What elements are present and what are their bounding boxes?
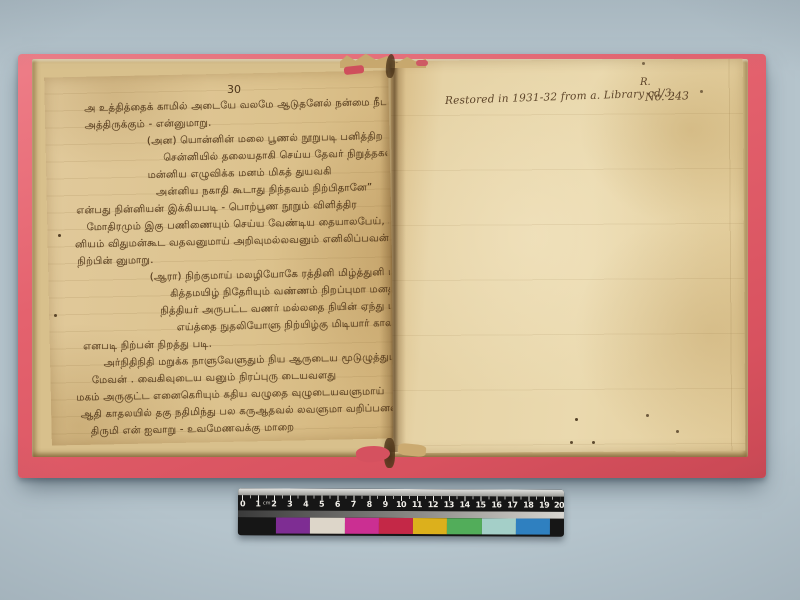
ruler-number: 19 xyxy=(539,501,549,510)
ruler-number: 12 xyxy=(428,500,438,509)
ruler-black-segment-right xyxy=(550,519,564,535)
ruler-scale-row: 0 1 2 3 4 5 6 7 8 9 10 11 12 13 14 15 16… xyxy=(238,495,564,511)
color-patch-magenta xyxy=(344,518,378,534)
ruler-number: 20 xyxy=(554,501,564,510)
spine-cover-fragment-right xyxy=(416,60,428,66)
ruler-number: 2 xyxy=(271,499,276,508)
ruler-number: 0 xyxy=(240,499,245,508)
manuscript-photograph: 30 அ உத்தித்தைக் காமில் அடையே வலமே ஆடுதன… xyxy=(0,0,800,600)
ruler-number: 3 xyxy=(287,500,292,509)
color-patch-purple xyxy=(276,517,310,533)
color-patch-blue xyxy=(516,519,550,535)
open-manuscript-book: 30 அ உத்தித்தைக் காமில் அடையே வலமே ஆடுதன… xyxy=(18,54,766,478)
ruler-number: 4 xyxy=(303,500,308,509)
ruler-number: 15 xyxy=(475,500,485,509)
ruler-number: 14 xyxy=(460,500,470,509)
color-patch-green xyxy=(447,518,481,534)
ruler-number: 1 xyxy=(255,499,260,508)
right-page xyxy=(391,59,746,453)
ruler-black-segment-left xyxy=(238,517,276,533)
color-patch-yellow xyxy=(413,518,447,534)
ruler-number: 17 xyxy=(507,500,517,509)
inscription-mark: R. xyxy=(640,77,651,88)
color-patch-white xyxy=(310,518,344,534)
ruler-number: 6 xyxy=(335,500,340,509)
manuscript-text-block: அ உத்தித்தைக் காமில் அடையே வலமே ஆடுதனேல்… xyxy=(70,94,393,441)
ruler-unit-label: cm xyxy=(263,500,271,506)
ruler-number: 5 xyxy=(319,500,324,509)
color-patch-cyan xyxy=(481,518,515,534)
ruler-number: 9 xyxy=(383,500,388,509)
page-number: 30 xyxy=(222,83,246,96)
ruler-number: 11 xyxy=(412,500,422,509)
ruler-color-patches xyxy=(238,517,564,534)
accession-number: No. 243 xyxy=(645,89,689,104)
ruler-number: 18 xyxy=(523,501,533,510)
color-patch-red xyxy=(379,518,413,534)
ruler-number: 8 xyxy=(367,500,372,509)
ruler-number: 16 xyxy=(491,500,501,509)
ruler-number: 7 xyxy=(351,500,356,509)
scale-ruler: 0 1 2 3 4 5 6 7 8 9 10 11 12 13 14 15 16… xyxy=(238,488,564,536)
ruler-number: 10 xyxy=(396,500,406,509)
ruler-number: 13 xyxy=(444,500,454,509)
wormhole-specks xyxy=(58,234,61,237)
ruler-scale-area: 0 1 2 3 4 5 6 7 8 9 10 11 12 13 14 15 16… xyxy=(242,495,560,511)
